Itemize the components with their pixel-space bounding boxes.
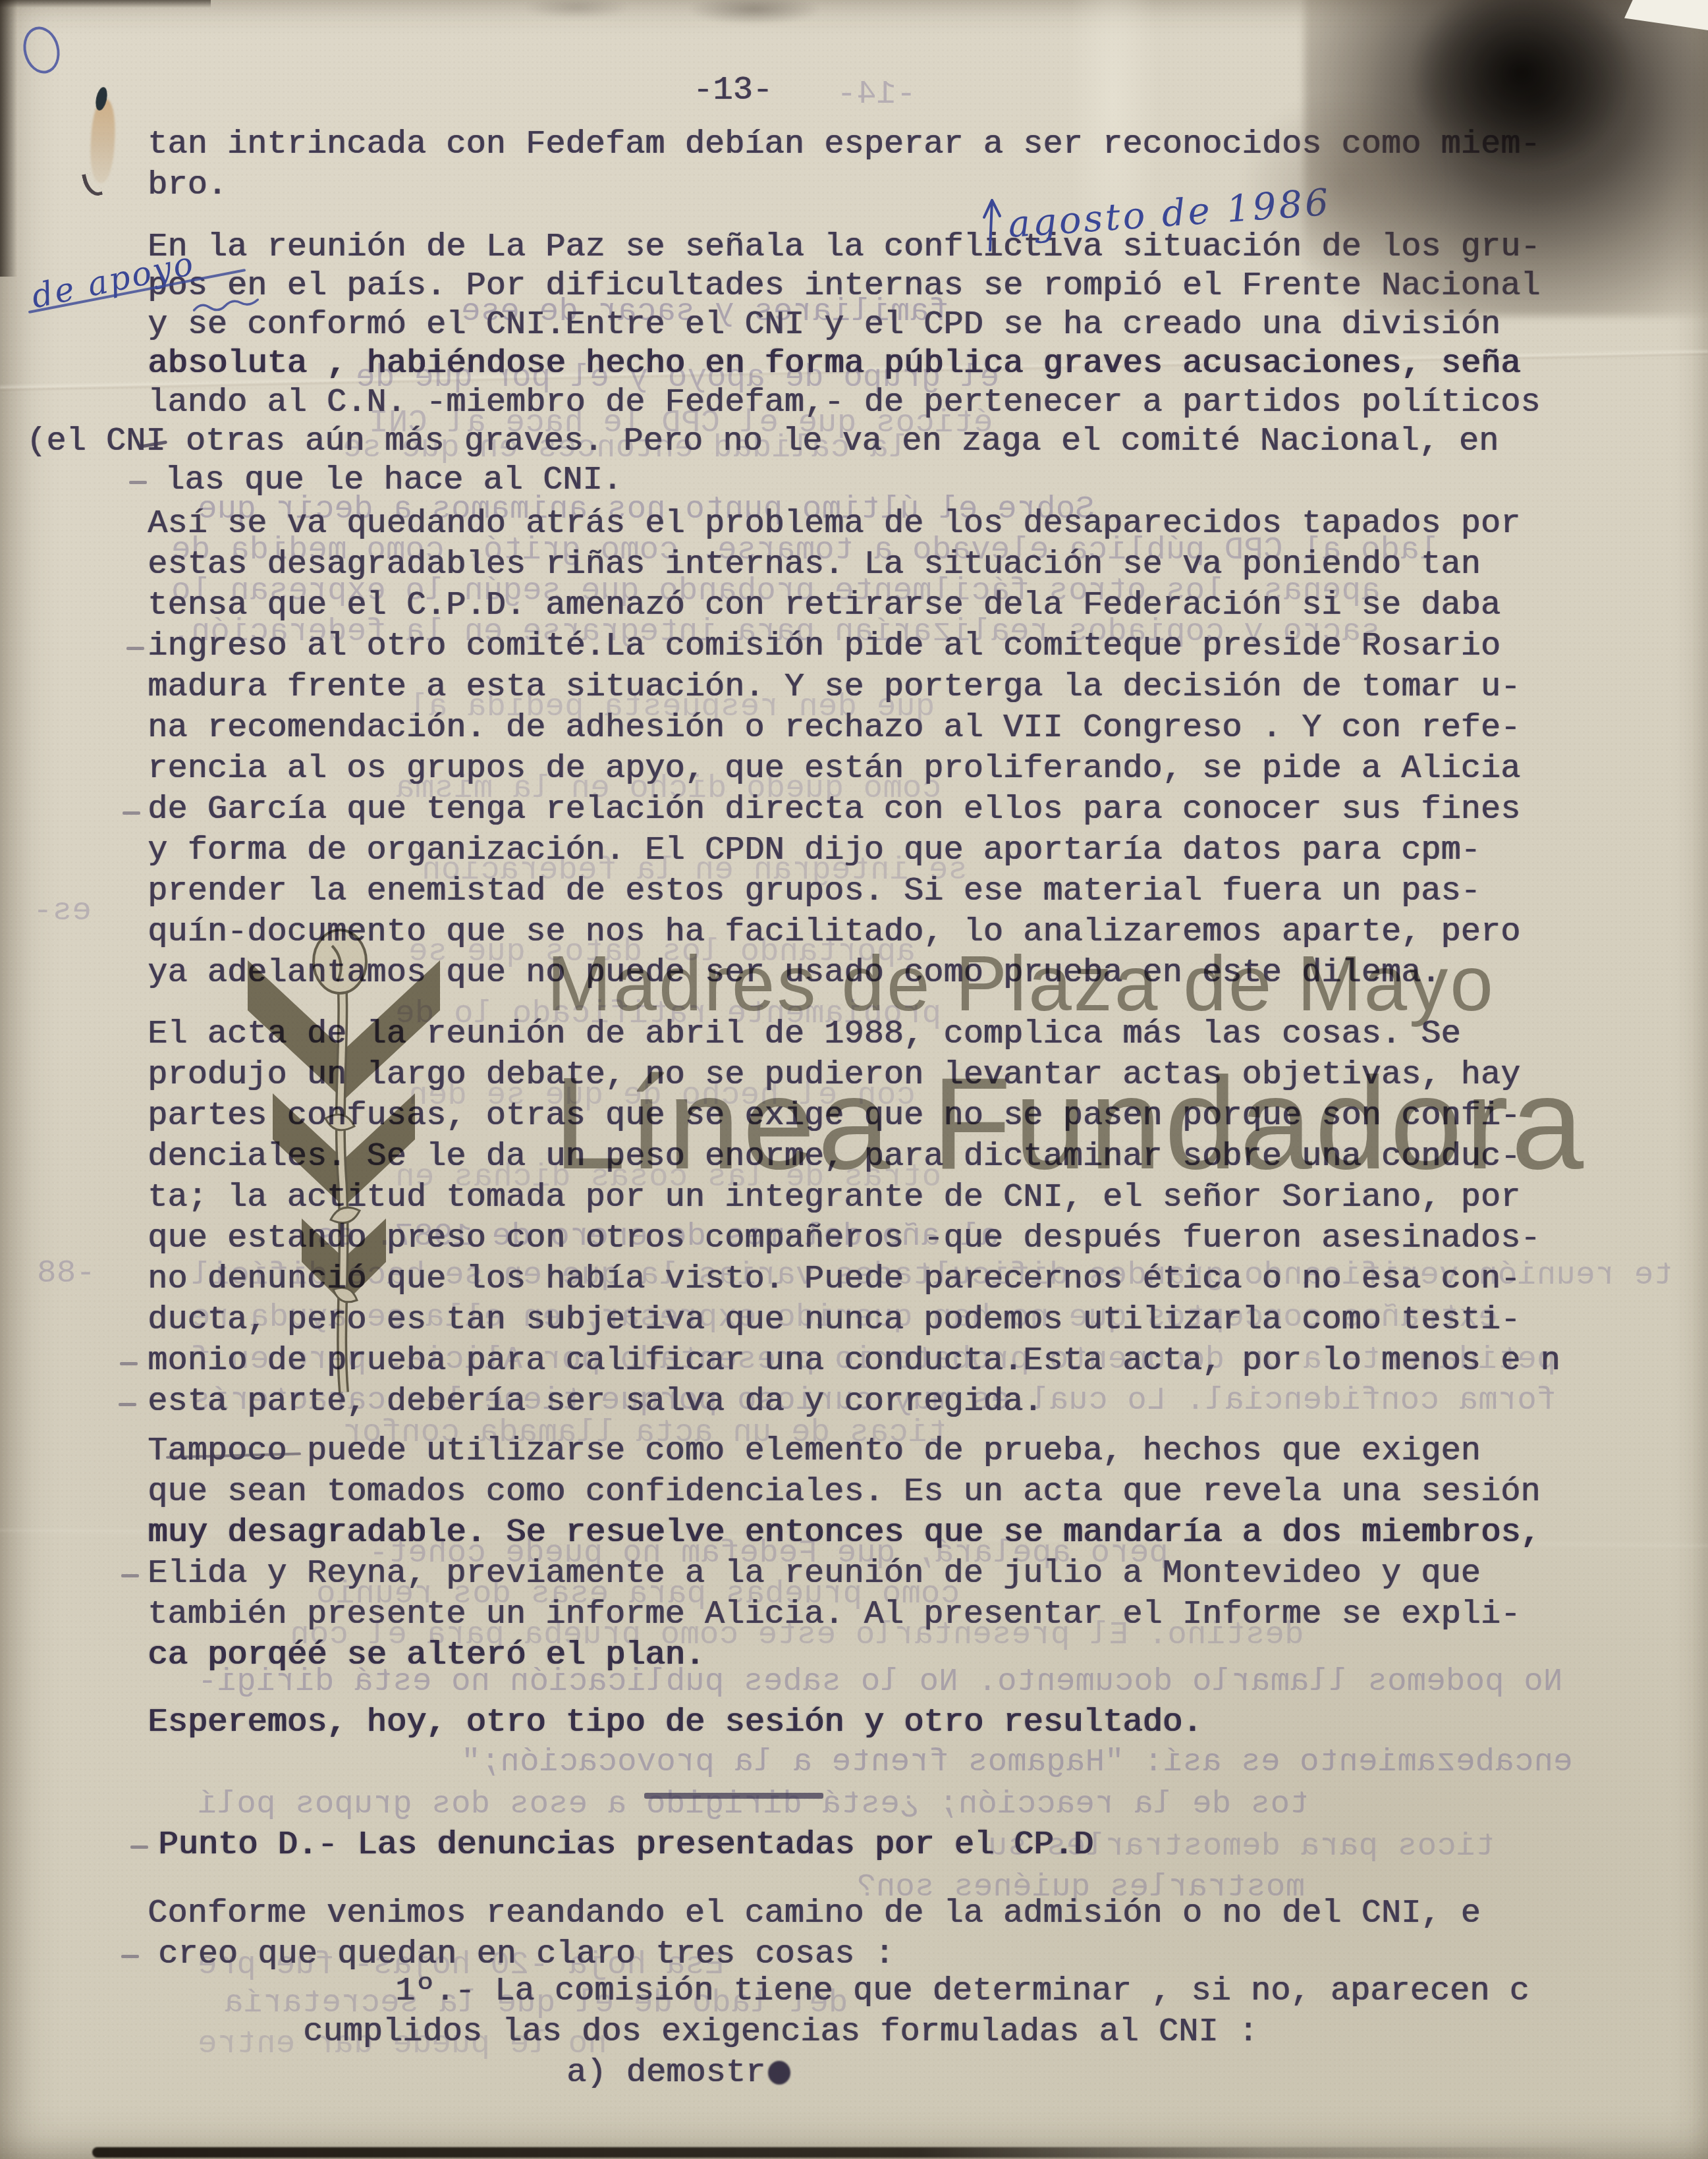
typed-line: ca porqéé se alteró el plan. xyxy=(148,1639,705,1673)
arrow-up-icon xyxy=(979,195,1005,253)
bleedthrough-line: encabezamiento es así: "Hagamos frente a… xyxy=(461,1745,1572,1778)
watermark-org-name: Madres de Plaza de Mayo xyxy=(547,939,1495,1029)
corner-sliver-white xyxy=(1624,0,1708,30)
typed-line: a) demostr xyxy=(566,2056,790,2091)
typed-line: también presente un informe Alicia. Al p… xyxy=(148,1598,1520,1632)
margin-dash xyxy=(130,1845,148,1849)
bleed-strikethrough-bar xyxy=(644,1793,823,1799)
typed-line: Elida y Reyna, previamente a la reunión … xyxy=(148,1557,1481,1591)
typed-line: Tampoco puede utilizarse como elemento d… xyxy=(148,1435,1481,1469)
margin-dash xyxy=(129,481,147,484)
madres-logo-watermark xyxy=(241,921,447,1398)
margin-dash xyxy=(119,1403,136,1406)
margin-dash xyxy=(123,811,140,815)
typed-line: cumplidos las dos exigencias formuladas … xyxy=(303,2015,1258,2050)
page-number: -13- xyxy=(693,74,773,108)
margin-dash xyxy=(121,1574,139,1577)
scan-edge-strip xyxy=(92,2147,1594,2158)
margin-dash xyxy=(121,1955,139,1958)
handwritten-circle xyxy=(18,23,65,78)
bleedthrough-line: es- xyxy=(33,894,92,927)
typed-line: na recomendación. de adhesión o rechazo … xyxy=(148,711,1520,746)
typed-line: absoluta , habiéndose hecho en forma púb… xyxy=(148,347,1520,381)
typed-line: de García que tenga relación directa con… xyxy=(148,793,1520,827)
bleedthrough-line: -88 xyxy=(37,1257,96,1290)
typed-line: que sean tomados como confidenciales. Es… xyxy=(148,1475,1540,1510)
margin-dash xyxy=(120,1362,138,1365)
typed-line: Esperemos, hoy, otro tipo de sesión y ot… xyxy=(148,1706,1202,1740)
paper-tear-hook xyxy=(82,171,103,199)
ink-blot xyxy=(768,2061,790,2085)
typed-line: tensa que el C.P.D. amenazó con retirars… xyxy=(148,589,1501,623)
typed-line: y se conformó el CNI.Entre el CNI y el C… xyxy=(148,308,1501,342)
typed-line: ingreso al otro comité.La comisión pide … xyxy=(148,630,1501,664)
typed-line: madura frente a esta situación. Y se por… xyxy=(148,670,1520,705)
typed-line: Punto D.- Las denuncias presentadas por … xyxy=(158,1828,1093,1863)
edge-shadow-top-left xyxy=(0,0,17,277)
typed-line: En la reunión de La Paz se señala la con… xyxy=(148,231,1540,265)
top-edge-smudge xyxy=(692,0,817,24)
typed-line: pos en el país. Por dificultades interna… xyxy=(148,269,1540,304)
typed-line: y forma de organización. El CPDN dijo qu… xyxy=(148,834,1481,868)
typed-line: lando al C.N. -miembro de Fedefam,- de p… xyxy=(148,386,1540,420)
typed-line: tan intrincada con Fedefam debían espera… xyxy=(148,128,1540,162)
typed-line: muy desagradable. Se resuelve entonces q… xyxy=(148,1516,1540,1550)
typed-line: rencia al os grupos de apyo, que están p… xyxy=(148,752,1520,786)
paper-tear-hole xyxy=(94,86,109,112)
typed-line: estas desagradables riñas internas. La s… xyxy=(148,548,1481,582)
ghost-page-number: -14- xyxy=(837,78,916,112)
typed-line: prender la enemistad de estos grupos. Si… xyxy=(148,875,1481,909)
typed-line: las que le hace al CNI. xyxy=(165,464,622,498)
typed-line: Así se va quedando atrás el problema de … xyxy=(148,507,1520,541)
watermark-line-name: Línea Fundadora xyxy=(553,1049,1586,1198)
scanned-document-page: familiares y sacar de eseel grupo de apo… xyxy=(0,0,1708,2159)
top-edge-smudge xyxy=(527,0,626,18)
margin-dash xyxy=(126,647,144,650)
handwritten-margin-note: de apoyo xyxy=(28,244,198,315)
typed-line: Conforme venimos reandando el camino de … xyxy=(148,1897,1481,1931)
typed-line: (el CNI otras aún más graves. Pero no le… xyxy=(26,425,1499,459)
typed-line: creo que quedan en claro tres cosas : xyxy=(158,1938,895,1972)
edge-shadow-top xyxy=(0,0,211,8)
typed-line: 1º.- La comisión tiene que determinar , … xyxy=(395,1975,1529,2009)
typed-line: bro. xyxy=(148,169,227,203)
paper-tear-smear xyxy=(89,98,117,184)
